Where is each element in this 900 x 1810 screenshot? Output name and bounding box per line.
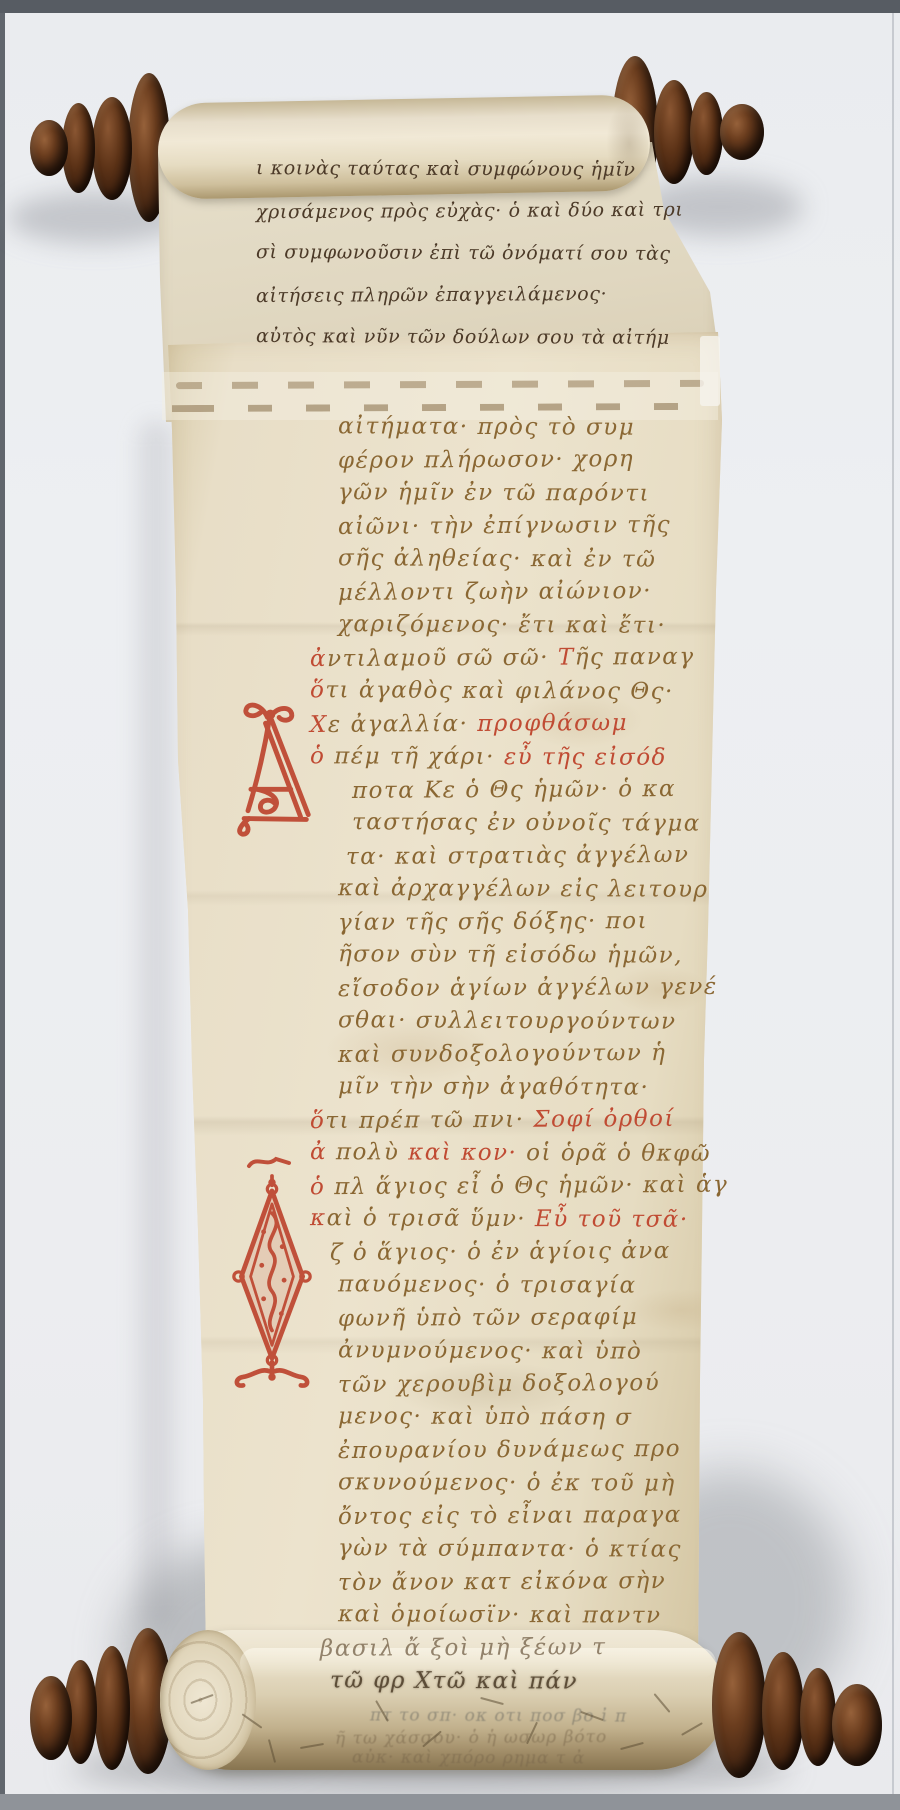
text-segment: παυόμενος· ὁ τρισαγία bbox=[338, 1271, 637, 1298]
text-segment: ὅ bbox=[310, 1108, 326, 1134]
manuscript-line: αἰτήματα· πρὸς τὸ συμ bbox=[338, 413, 635, 440]
text-segment: τα· καὶ στρατιὰς ἀγγέλων bbox=[346, 842, 690, 870]
manuscript-line: τῶν χερουβὶμ δοξολογού bbox=[338, 1370, 660, 1398]
manuscript-line: γίαν τῆς σῆς δόξης· ποι bbox=[338, 908, 648, 936]
manuscript-line: ὁ πέμ τῆ χάρι· εὖ τῆς εἰσόδ bbox=[310, 743, 667, 771]
manuscript-line: σὶ συμφωνοῦσιν ἐπὶ τῶ ὀνόματί σου τὰς bbox=[256, 241, 671, 265]
text-segment: ἀ bbox=[310, 646, 327, 672]
fiber-marks bbox=[180, 1690, 700, 1770]
text-segment: ι κοινὰς ταύτας καὶ συμφώνους ἡμῖν bbox=[256, 157, 636, 181]
text-segment: Εὖ τοῦ τσᾶ· bbox=[535, 1206, 689, 1233]
photo-frame-left bbox=[0, 13, 5, 1794]
fiber-speck bbox=[268, 1739, 276, 1763]
manuscript-line: τὸν ἄνον κατ εἰκόνα σὴν bbox=[338, 1568, 666, 1596]
text-segment: καὶ συνδοξολογούντων ἡ bbox=[338, 1040, 667, 1068]
text-segment: Σοφί ὀρθοί bbox=[533, 1106, 675, 1133]
bottom-right-finial-disc bbox=[712, 1632, 766, 1778]
text-segment: καὶ ὁμοίωσϊν· καὶ παντν bbox=[338, 1601, 662, 1628]
manuscript-line: ἀνυμνούμενος· καὶ ὑπὸ bbox=[338, 1337, 642, 1364]
manuscript-line: καὶ ἀρχαγγέλων εἰς λειτουρ bbox=[338, 875, 709, 903]
text-segment: ταστήσας ἐν οὐνοῖς τάγμα bbox=[352, 809, 701, 837]
text-segment: Τ bbox=[558, 645, 575, 671]
fiber-speck bbox=[526, 1722, 538, 1745]
text-segment: καὶ κον· bbox=[408, 1140, 517, 1166]
text-segment: ντιλαμοῦ σῶ σῶ· bbox=[327, 645, 558, 672]
text-segment: γὼν τὰ σύμπαντα· ὁ κτίας bbox=[338, 1535, 682, 1563]
text-segment: πέμ τῆ χάρι· bbox=[325, 743, 504, 770]
text-segment: χαριζόμενος· ἔτι καὶ ἔτι· bbox=[338, 611, 666, 638]
marginal-squiggle bbox=[246, 1152, 292, 1172]
manuscript-line: Χε ἀγαλλία· προφθάσωμ bbox=[310, 710, 628, 738]
text-segment: αὐτὸς καὶ νῦν τῶν δούλων σου τὰ αἰτήμ bbox=[256, 325, 670, 349]
manuscript-line: καὶ ὁ τρισᾶ ὕμν· Εὖ τοῦ τσᾶ· bbox=[310, 1205, 689, 1233]
manuscript-line: αἰτήσεις πληρῶν ἐπαγγειλάμενος· bbox=[256, 283, 607, 307]
fiber-speck bbox=[480, 1697, 504, 1705]
manuscript-line: ζ ὁ ἅγιος· ὁ ἐν ἁγίοις ἀνα bbox=[330, 1238, 671, 1266]
manuscript-line: ι κοινὰς ταύτας καὶ συμφώνους ἡμῖν bbox=[256, 157, 636, 181]
text-segment: σθαι· συλλειτουργούντων bbox=[338, 1007, 677, 1034]
manuscript-line: μῖν τὴν σὴν ἀγαθότητα· bbox=[338, 1073, 650, 1100]
manuscript-line: ποτα Κε ὁ Θς ἡμῶν· ὁ κα bbox=[352, 776, 676, 804]
manuscript-line: βασιλ ἄ ξοὶ μὴ ξέων τ bbox=[320, 1634, 607, 1662]
manuscript-line: γὼν τὰ σύμπαντα· ὁ κτίας bbox=[338, 1535, 682, 1563]
top-right-finial-ring bbox=[690, 92, 723, 175]
text-segment: ῆσον σὺν τῆ εἰσόδω ἡμῶν, bbox=[338, 941, 683, 969]
manuscript-line: φωνῆ ὑπὸ τῶν σεραφίμ bbox=[338, 1304, 638, 1332]
bottom-right-finial-ball bbox=[832, 1684, 882, 1766]
manuscript-line: παυόμενος· ὁ τρισαγία bbox=[338, 1271, 637, 1298]
text-segment: ἀνυμνούμενος· καὶ ὑπὸ bbox=[338, 1337, 642, 1364]
manuscript-line: μενος· καὶ ὑπὸ πάση σ bbox=[338, 1403, 633, 1430]
manuscript-line: ὅτι ἀγαθὸς καὶ φιλάνος Θς· bbox=[310, 677, 674, 705]
top-right-finial-ring bbox=[654, 80, 694, 184]
text-segment: τῶν χερουβὶμ δοξολογού bbox=[338, 1370, 660, 1398]
fiber-speck bbox=[190, 1694, 213, 1704]
manuscript-line: καὶ συνδοξολογούντων ἡ bbox=[338, 1040, 667, 1068]
manuscript-line: ὅτι πρέπ τῶ πνι· Σοφί ὀρθοί bbox=[310, 1106, 675, 1134]
manuscript-line: ῆσον σὺν τῆ εἰσόδω ἡμῶν, bbox=[338, 941, 683, 969]
top-left-finial-ring bbox=[92, 97, 132, 200]
top-roller-cylinder bbox=[157, 94, 651, 199]
fiber-speck bbox=[242, 1713, 263, 1728]
text-segment: μέλλοντι ζωὴν αἰώνιον· bbox=[338, 578, 652, 606]
manuscript-line: φέρον πλήρωσον· χορη bbox=[338, 446, 634, 474]
text-segment: εὖ τῆς εἰσόδ bbox=[504, 744, 667, 771]
top-right-finial-ball bbox=[720, 104, 764, 160]
manuscript-line: γῶν ἡμῖν ἐν τῶ παρόντι bbox=[338, 479, 650, 506]
text-segment: αὶ ὁ τρισᾶ ὕμν· bbox=[327, 1205, 535, 1232]
bottom-right-finial-ring bbox=[800, 1668, 836, 1766]
manuscript-line: μέλλοντι ζωὴν αἰώνιον· bbox=[338, 578, 652, 606]
manuscript-line: σκυνούμενος· ὁ ἐκ τοῦ μὴ bbox=[338, 1469, 676, 1496]
text-segment: τι ἀγαθὸς καὶ φιλάνος Θς· bbox=[325, 677, 674, 705]
text-segment: ὁ bbox=[310, 1174, 326, 1200]
manuscript-line: ἀντιλαμοῦ σῶ σῶ· Τῆς παναγ bbox=[310, 644, 695, 672]
text-segment: ἀ bbox=[310, 1139, 327, 1165]
text-segment: ὅ bbox=[310, 677, 325, 703]
fiber-speck bbox=[580, 1711, 603, 1721]
text-segment: γῶν ἡμῖν ἐν τῶ παρόντι bbox=[338, 479, 650, 506]
text-segment: αἰτήσεις πληρῶν ἐπαγγειλάμενος· bbox=[256, 283, 607, 307]
text-segment: αἰῶνι· τὴν ἐπίγνωσιν τῆς bbox=[338, 512, 671, 540]
manuscript-line: αἰῶνι· τὴν ἐπίγνωσιν τῆς bbox=[338, 512, 671, 540]
bottom-left-finial-ball bbox=[30, 1676, 72, 1760]
fiber-speck bbox=[422, 1731, 442, 1748]
text-segment: οἱ ὁρᾶ ὁ θκφῶ bbox=[517, 1140, 711, 1167]
fiber-speck bbox=[654, 1693, 671, 1713]
text-segment: σὶ συμφωνοῦσιν ἐπὶ τῶ ὀνόματί σου τὰς bbox=[256, 241, 671, 265]
manuscript-line: εἴσοδον ἁγίων ἀγγέλων γενέ bbox=[338, 974, 718, 1002]
text-segment: πλ ἅγιος εἶ ὁ Θς ἡμῶν· καὶ ἁγ bbox=[325, 1172, 728, 1200]
photo-frame-bottom bbox=[0, 1794, 900, 1810]
fiber-speck bbox=[375, 1700, 389, 1722]
manuscript-line: ταστήσας ἐν οὐνοῖς τάγμα bbox=[352, 809, 701, 837]
text-segment: ζ ὁ ἅγιος· ὁ ἐν ἁγίοις ἀνα bbox=[330, 1238, 671, 1266]
manuscript-line: καὶ ὁμοίωσϊν· καὶ παντν bbox=[338, 1601, 662, 1628]
text-segment: μενος· καὶ ὑπὸ πάση σ bbox=[338, 1403, 633, 1430]
text-segment: αἰτήματα· πρὸς τὸ συμ bbox=[338, 413, 635, 440]
manuscript-line: αὐτὸς καὶ νῦν τῶν δούλων σου τὰ αἰτήμ bbox=[256, 325, 670, 349]
cast-shadow bbox=[138, 420, 174, 1630]
text-segment: πολὺ bbox=[327, 1139, 408, 1165]
manuscript-line: σῆς ἀληθείας· καὶ ἐν τῶ bbox=[338, 545, 656, 572]
top-left-finial-ball bbox=[30, 120, 68, 176]
text-segment: ῆς παναγ bbox=[575, 644, 695, 671]
bottom-left-finial-ring bbox=[94, 1646, 130, 1770]
text-segment: γίαν τῆς σῆς δόξης· ποι bbox=[338, 908, 648, 936]
backdrop-seam-line bbox=[892, 13, 894, 1794]
vine-lozenge-ornament bbox=[230, 1176, 314, 1390]
manuscript-line: χαριζόμενος· ἔτι καὶ ἔτι· bbox=[338, 611, 666, 638]
text-segment: σῆς ἀληθείας· καὶ ἐν τῶ bbox=[338, 545, 656, 572]
text-segment: μῖν τὴν σὴν ἀγαθότητα· bbox=[338, 1073, 650, 1100]
fiber-speck bbox=[681, 1722, 703, 1736]
text-segment: ἐπουρανίου δυνάμεως προ bbox=[338, 1436, 681, 1464]
text-segment: ὁ bbox=[310, 743, 325, 769]
text-segment: τι πρέπ τῶ πνι· bbox=[325, 1107, 533, 1134]
text-segment: τὸν ἄνον κατ εἰκόνα σὴν bbox=[338, 1568, 666, 1596]
text-segment: φέρον πλήρωσον· χορη bbox=[338, 446, 634, 474]
text-segment: εἴσοδον ἁγίων ἀγγέλων γενέ bbox=[338, 974, 718, 1002]
manuscript-line: ἐπουρανίου δυνάμεως προ bbox=[338, 1436, 681, 1464]
text-segment: καὶ ἀρχαγγέλων εἰς λειτουρ bbox=[338, 875, 709, 903]
text-segment: ὄντος εἰς τὸ εἶναι παραγα bbox=[338, 1502, 682, 1530]
repair-tape bbox=[700, 336, 720, 406]
text-segment: χρισάμενος πρὸς εὐχὰς· ὁ καὶ δύο καὶ τρι bbox=[256, 199, 684, 224]
text-segment: σκυνούμενος· ὁ ἐκ τοῦ μὴ bbox=[338, 1469, 676, 1496]
text-segment: Χ bbox=[310, 712, 328, 738]
manuscript-line: ὁ πλ ἅγιος εἶ ὁ Θς ἡμῶν· καὶ ἁγ bbox=[310, 1172, 728, 1201]
manuscript-line: χρισάμενος πρὸς εὐχὰς· ὁ καὶ δύο καὶ τρι bbox=[256, 199, 684, 224]
text-segment: προφθάσωμ bbox=[477, 710, 628, 737]
photo-frame-top bbox=[0, 0, 900, 13]
text-segment: βασιλ ἄ ξοὶ μὴ ξέων τ bbox=[320, 1634, 607, 1662]
text-segment: φωνῆ ὑπὸ τῶν σεραφίμ bbox=[338, 1304, 638, 1332]
fiber-speck bbox=[300, 1743, 324, 1749]
manuscript-line: ὄντος εἰς τὸ εἶναι παραγα bbox=[338, 1502, 682, 1530]
fiber-speck bbox=[620, 1742, 644, 1750]
manuscript-line: τα· καὶ στρατιὰς ἀγγέλων bbox=[346, 842, 690, 870]
text-segment: ε ἀγαλλία· bbox=[328, 711, 477, 738]
manuscript-line: σθαι· συλλειτουργούντων bbox=[338, 1007, 677, 1034]
manuscript-line: ἀ πολὺ καὶ κον· οἱ ὁρᾶ ὁ θκφῶ bbox=[310, 1139, 711, 1167]
text-segment: ποτα Κε ὁ Θς ἡμῶν· ὁ κα bbox=[352, 776, 676, 804]
text-segment: κ bbox=[310, 1205, 327, 1231]
bottom-right-finial-ring bbox=[762, 1652, 804, 1770]
